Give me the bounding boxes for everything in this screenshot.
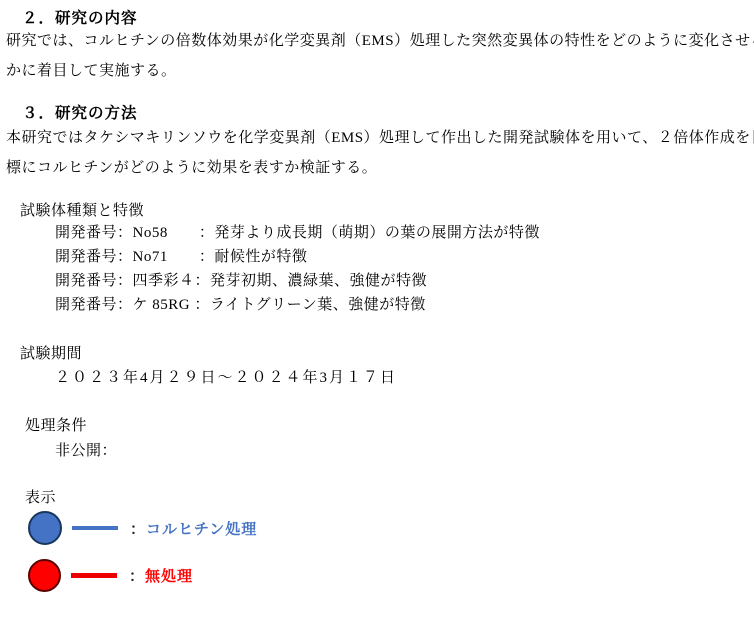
legend-title: 表示 <box>25 486 56 507</box>
blue-circle-icon <box>28 511 62 545</box>
document-page: ２．研究の内容 研究では、コルヒチンの倍数体効果が化学変異剤（EMS）処理した突… <box>0 0 754 622</box>
section-2-line-1: 研究では、コルヒチンの倍数体効果が化学変異剤（EMS）処理した突然変異体の特性を… <box>6 33 754 49</box>
section-3-paragraph: 本研究ではタケシマキリンソウを化学変異剤（EMS）処理して作出した開発試験体を用… <box>6 111 754 183</box>
test-period-value: ２０２３年4月２９日～２０２４年3月１７日 <box>55 366 397 387</box>
legend-label-untreated: 無処理 <box>145 569 193 585</box>
test-period-title: 試験期間 <box>20 342 82 363</box>
specimens-title: 試験体種類と特徴 <box>20 199 144 220</box>
specimen-item: 開発番号：四季彩４：発芽初期、濃緑葉、強健が特徴 <box>55 269 540 293</box>
section-2-paragraph: 研究では、コルヒチンの倍数体効果が化学変異剤（EMS）処理した突然変異体の特性を… <box>6 14 754 86</box>
blue-line-icon <box>72 526 118 530</box>
specimen-item: 開発番号：ケ 85RG ：ライトグリーン葉、強健が特徴 <box>55 293 540 317</box>
legend-row-untreated: ：無処理 <box>28 559 193 592</box>
legend-colon: ： <box>130 522 146 538</box>
specimens-list: 開発番号：No58 ：発芽より成長期（萌期）の葉の展開方法が特徴 開発番号：No… <box>55 221 540 317</box>
section-2-line-2: かに着目して実施する。 <box>6 63 177 79</box>
processing-conditions-value: 非公開： <box>55 439 117 460</box>
section-3-line-2: 標にコルヒチンがどのように効果を表すか検証する。 <box>6 160 377 176</box>
processing-conditions-title: 処理条件 <box>25 414 87 435</box>
legend-entry-colchicine: ：コルヒチン処理 <box>130 518 257 539</box>
legend-entry-untreated: ：無処理 <box>129 565 193 586</box>
legend-label-colchicine: コルヒチン処理 <box>146 522 257 538</box>
red-circle-icon <box>28 559 61 592</box>
legend-colon: ： <box>129 569 145 585</box>
specimen-item: 開発番号：No58 ：発芽より成長期（萌期）の葉の展開方法が特徴 <box>55 221 540 245</box>
section-3-line-1: 本研究ではタケシマキリンソウを化学変異剤（EMS）処理して作出した開発試験体を用… <box>6 130 754 146</box>
legend-row-colchicine: ：コルヒチン処理 <box>28 511 257 545</box>
specimen-item: 開発番号：No71 ：耐候性が特徴 <box>55 245 540 269</box>
red-line-icon <box>71 573 117 578</box>
